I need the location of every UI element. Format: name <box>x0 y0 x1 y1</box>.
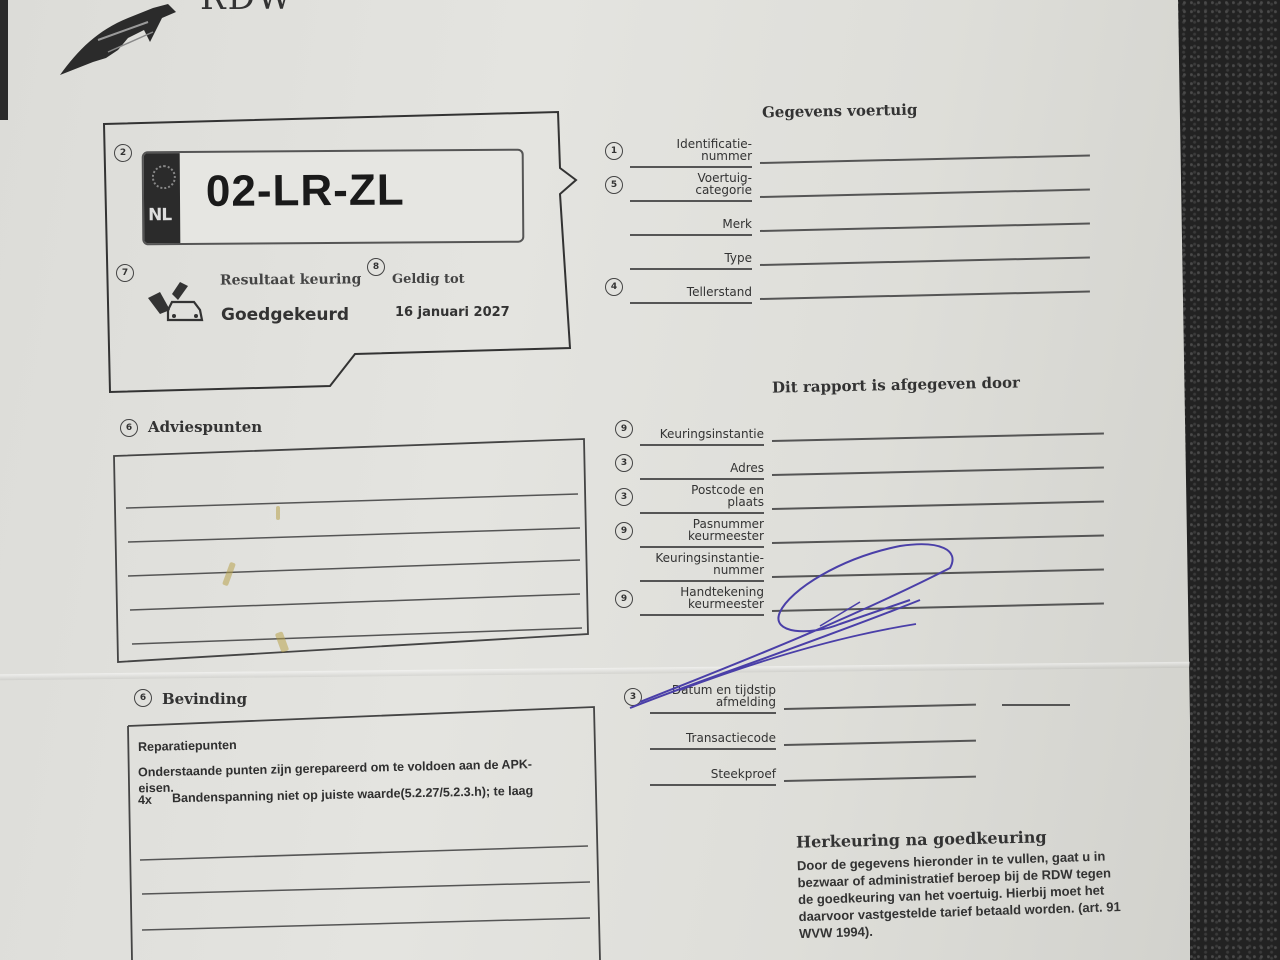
result-value: Goedgekeurd <box>221 305 349 325</box>
vehicle-data-title: Gegevens voertuig <box>762 101 918 122</box>
label-underline <box>650 712 776 714</box>
findings-item-qty: 4x <box>138 792 152 808</box>
license-plate: NL 02-LR-ZL <box>142 149 525 246</box>
label-underline <box>630 166 752 168</box>
label-underline <box>630 302 752 304</box>
eu-stars-icon <box>152 165 176 189</box>
label-underline <box>630 200 752 202</box>
result-label: Resultaat keuring <box>220 271 361 288</box>
field-label: Merk <box>722 218 752 230</box>
advice-title: Adviespunten <box>148 418 262 436</box>
field-label: Adres <box>730 462 764 474</box>
field-label: Transactiecode <box>686 732 776 744</box>
field-number-badge: 3 <box>615 454 633 472</box>
field-label: Steekproef <box>711 768 776 780</box>
field-label: Type <box>724 252 752 264</box>
field-number-badge: 7 <box>116 264 134 282</box>
field-row: Postcode en plaats <box>640 482 764 512</box>
stain <box>276 506 280 520</box>
label-underline <box>630 234 752 236</box>
reinspection-body: Door de gegevens hieronder in te vullen,… <box>797 847 1130 942</box>
field-row: Keuringsinstantie- nummer <box>640 550 764 580</box>
field-number-badge: 6 <box>120 419 138 437</box>
field-label: Postcode en plaats <box>691 484 764 508</box>
field-number-badge: 9 <box>615 522 633 540</box>
label-underline <box>640 546 764 548</box>
label-underline <box>640 614 764 616</box>
field-number-badge: 5 <box>605 176 623 194</box>
field-row: Steekproef <box>650 754 776 784</box>
label-underline <box>630 268 752 270</box>
valid-until-value: 16 januari 2027 <box>395 305 510 320</box>
field-label: Identificatie- nummer <box>677 138 752 162</box>
field-row: Datum en tijdstip afmelding <box>650 682 776 712</box>
field-label: Voertuig- categorie <box>695 172 752 196</box>
advice-box <box>110 436 590 668</box>
field-row: Pasnummer keurmeester <box>640 516 764 546</box>
field-number-badge: 9 <box>615 590 633 608</box>
field-label: Tellerstand <box>687 286 752 298</box>
field-row: Voertuig- categorie <box>630 170 752 200</box>
field-row: Type <box>630 238 752 268</box>
field-number-badge: 3 <box>615 488 633 506</box>
field-number-badge: 3 <box>624 688 642 706</box>
registration-number: 02-LR-ZL <box>206 166 405 217</box>
field-number-badge: 4 <box>605 278 623 296</box>
plate-eu-band: NL <box>144 153 181 243</box>
field-number-badge: 2 <box>114 144 132 162</box>
field-label: Datum en tijdstip afmelding <box>672 684 776 708</box>
paper-shadow <box>0 0 8 120</box>
rdw-feather-logo-icon <box>58 0 188 78</box>
field-label: Keuringsinstantie <box>660 428 764 440</box>
time-underline <box>1002 704 1070 706</box>
field-row: Adres <box>640 448 764 478</box>
field-label: Keuringsinstantie- nummer <box>655 552 764 576</box>
car-inspection-stamp-icon <box>146 280 208 326</box>
label-underline <box>650 784 776 786</box>
field-row: Merk <box>630 204 752 234</box>
field-number-badge: 8 <box>367 258 385 276</box>
field-row: Identificatie- nummer <box>630 136 752 166</box>
field-label: Handtekening keurmeester <box>680 586 764 610</box>
field-number-badge: 1 <box>605 142 623 160</box>
valid-until-label: Geldig tot <box>392 272 465 287</box>
country-code: NL <box>148 205 171 225</box>
label-underline <box>640 580 764 582</box>
field-row: Tellerstand <box>630 272 752 302</box>
brand-name: RDW <box>200 0 294 18</box>
field-row: Handtekening keurmeester <box>640 584 764 614</box>
field-row: Keuringsinstantie <box>640 414 764 444</box>
label-underline <box>640 444 764 446</box>
field-row: Transactiecode <box>650 718 776 748</box>
field-number-badge: 9 <box>615 420 633 438</box>
label-underline <box>650 748 776 750</box>
label-underline <box>640 512 764 514</box>
field-label: Pasnummer keurmeester <box>688 518 764 542</box>
label-underline <box>640 478 764 480</box>
